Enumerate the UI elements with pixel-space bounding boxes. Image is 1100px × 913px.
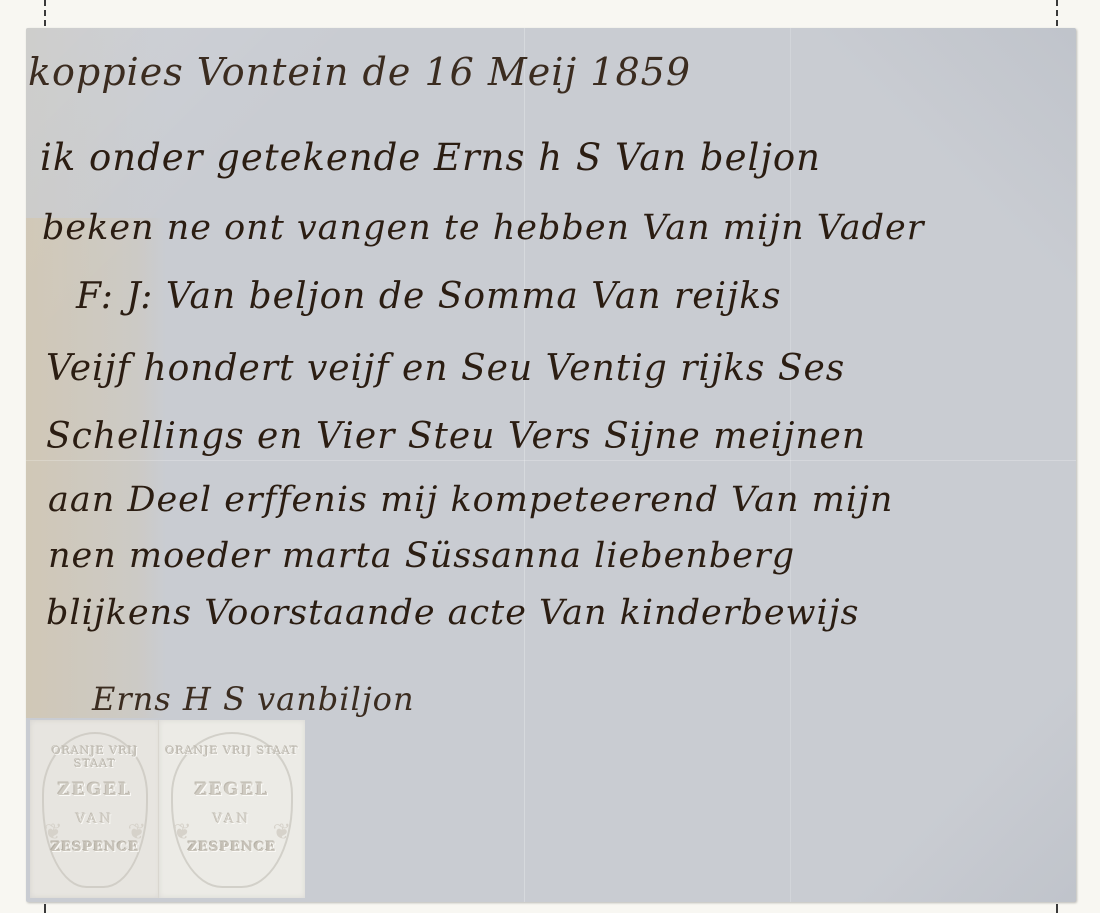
stamp-banner: ORANJE VRIJ STAAT	[159, 744, 305, 757]
body-line-1: ik onder getekende Erns h S Van beljon	[40, 136, 821, 179]
body-line-4: Veijf hondert veijf en Seu Ventig rijks …	[46, 348, 845, 389]
stamp-title: ZEGEL	[159, 780, 305, 800]
stamp-banner: ORANJE VRIJ STAAT	[30, 744, 160, 770]
header-place-date: koppies Vontein de 16 Meij 1859	[28, 50, 691, 94]
body-line-3: F: J: Van beljon de Somma Van reijks	[76, 276, 782, 317]
body-line-6: aan Deel erffenis mij kompeteerend Van m…	[48, 480, 893, 520]
body-line-5: Schellings en Vier Steu Vers Sijne meijn…	[46, 416, 866, 457]
revenue-stamp: ORANJE VRIJ STAAT ZEGEL VAN ❦ ❦ ZESPENCE	[30, 720, 160, 898]
signature: Erns H S vanbiljon	[92, 680, 415, 718]
body-line-8: blijkens Voorstaande acte Van kinderbewi…	[46, 593, 860, 633]
stamp-value: ZESPENCE	[159, 840, 305, 855]
body-line-2: beken ne ont vangen te hebben Van mijn V…	[42, 208, 924, 248]
crop-mark	[44, 904, 46, 913]
revenue-stamps: ORANJE VRIJ STAAT ZEGEL VAN ❦ ❦ ZESPENCE…	[30, 720, 302, 902]
crop-mark	[44, 0, 46, 26]
crop-mark	[1056, 0, 1058, 26]
document-scan: koppies Vontein de 16 Meij 1859 ik onder…	[0, 0, 1100, 913]
stamp-title: ZEGEL	[30, 780, 160, 800]
body-line-7: nen moeder marta Süssanna liebenberg	[48, 536, 795, 576]
stamp-value: ZESPENCE	[30, 840, 160, 855]
letter-paper: koppies Vontein de 16 Meij 1859 ik onder…	[26, 28, 1076, 902]
crop-mark	[1056, 904, 1058, 913]
fold-line	[26, 460, 1076, 461]
revenue-stamp: ORANJE VRIJ STAAT ZEGEL VAN ❦ ❦ ZESPENCE	[158, 720, 305, 898]
